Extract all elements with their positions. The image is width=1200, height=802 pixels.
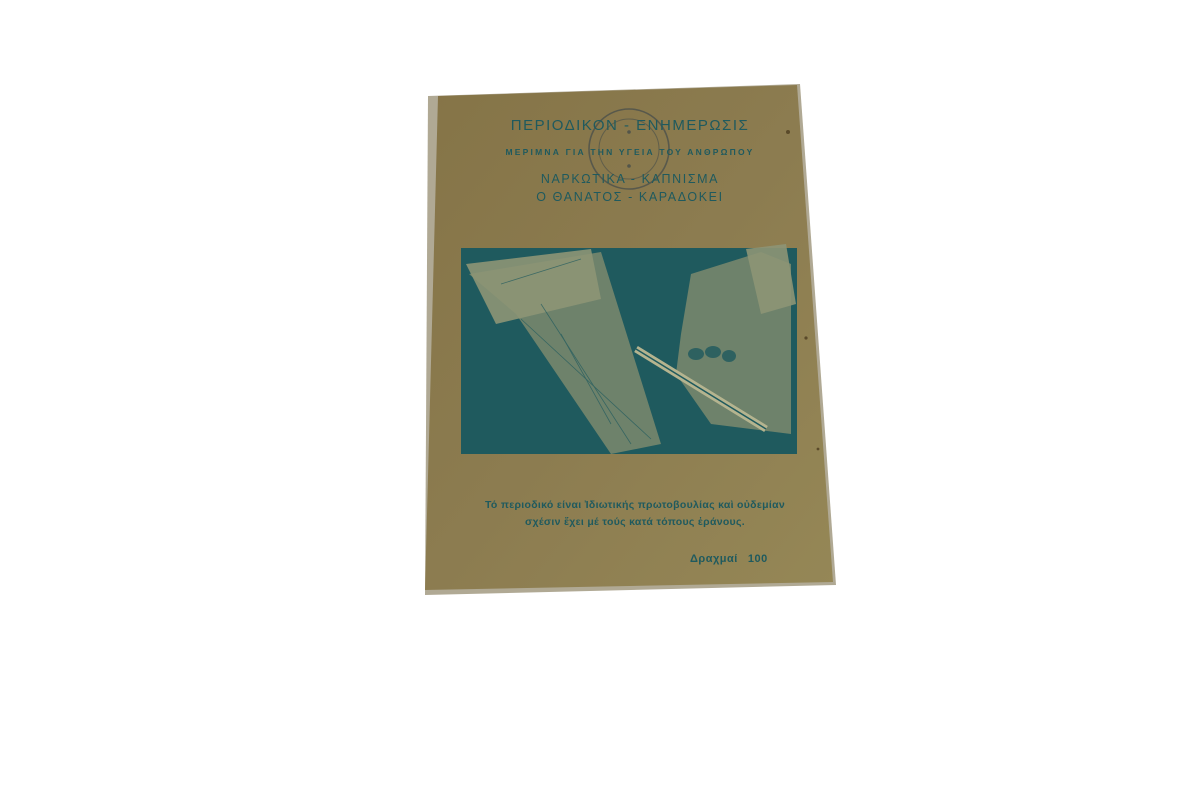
cover-note-line1: Τό περιοδικό είναι Ἰδιωτικής πρωτοβουλία… [470, 499, 800, 511]
cover-note-line2: σχέσιν ἔχει μέ τούς κατά τόπους ἐράνους. [470, 516, 800, 528]
booklet-photo: ΠΕΡΙΟΔΙΚΟΝ - ΕΝΗΜΕΡΩΣΙΣ ΜΕΡΙΜΝΑ ΓΙΑ ΤΗΝ … [0, 0, 1200, 802]
cover-title: ΠΕΡΙΟΔΙΚΟΝ - ΕΝΗΜΕΡΩΣΙΣ [480, 117, 780, 134]
cover-price: Δραχμαί100 [690, 553, 768, 565]
cover-subtitle: ΜΕΡΙΜΝΑ ΓΙΑ ΤΗΝ ΥΓΕΙΑ ΤΟΥ ΑΝΘΡΩΠΟΥ [480, 147, 780, 157]
syringe-illustration [461, 244, 797, 454]
price-value: 100 [748, 553, 768, 565]
price-label: Δραχμαί [690, 553, 738, 565]
cover-headline-line2: Ο ΘΑΝΑΤΟΣ - ΚΑΡΑΔΟΚΕΙ [480, 190, 780, 204]
cover-headline-line1: ΝΑΡΚΩΤΙΚΑ - ΚΑΠΝΙΣΜΑ [480, 172, 780, 186]
